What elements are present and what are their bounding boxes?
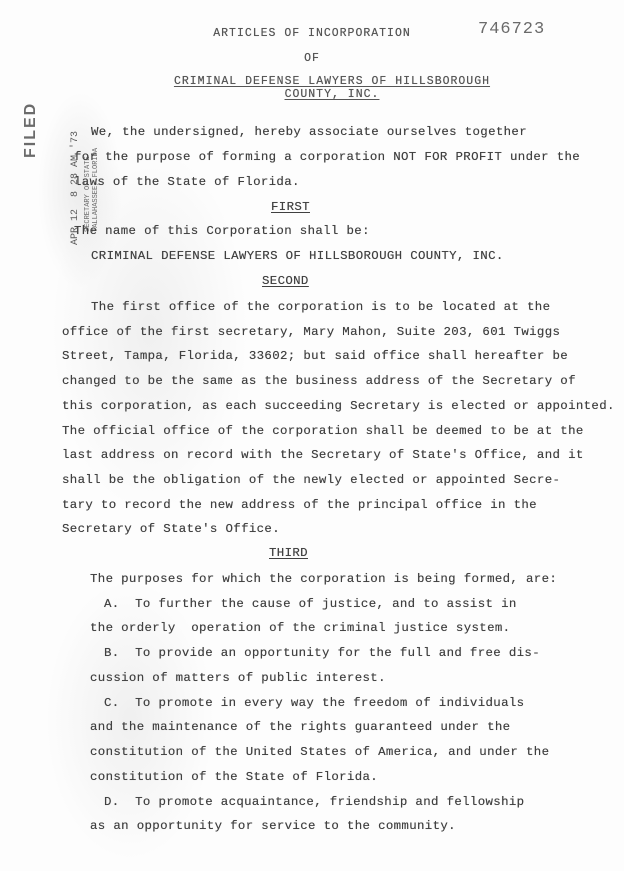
section-second-line-10: Secretary of State's Office. [62,522,280,536]
purpose-c-line-1: C. To promote in every way the freedom o… [104,696,524,710]
title-line-4: COUNTY, INC. [20,88,624,101]
filed-stamp: FILED [22,98,42,158]
section-second-line-6: The official office of the corporation s… [62,424,584,438]
purpose-d-line-1: D. To promote acquaintance, friendship a… [104,795,524,809]
section-second-line-4: changed to be the same as the business a… [62,374,576,388]
purpose-c-line-3: constitution of the United States of Ame… [90,745,549,759]
preamble-line-2: for the purpose of forming a corporation… [74,150,580,164]
purpose-c-line-2: and the maintenance of the rights guaran… [90,720,510,734]
section-second-line-5: this corporation, as each succeeding Sec… [62,399,615,413]
title-line-1: ARTICLES OF INCORPORATION [0,27,624,40]
section-second-line-7: last address on record with the Secretar… [62,448,584,462]
section-first-line-2: CRIMINAL DEFENSE LAWYERS OF HILLSBOROUGH… [91,249,504,263]
purpose-d-line-2: as an opportunity for service to the com… [90,819,456,833]
document-page: 746723 ARTICLES OF INCORPORATION OF CRIM… [0,0,624,871]
purpose-c-line-4: constitution of the State of Florida. [90,770,378,784]
section-second-line-8: shall be the obligation of the newly ele… [62,473,560,487]
section-second-line-2: office of the first secretary, Mary Maho… [62,325,560,339]
purpose-a-line-1: A. To further the cause of justice, and … [104,597,517,611]
preamble-line-1: We, the undersigned, hereby associate ou… [91,125,527,139]
section-second-line-1: The first office of the corporation is t… [91,300,550,314]
title-line-3: CRIMINAL DEFENSE LAWYERS OF HILLSBOROUGH [20,75,624,88]
section-first-line-1: The name of this Corporation shall be: [74,224,370,238]
section-third-heading: THIRD [269,546,308,560]
purpose-b-line-1: B. To provide an opportunity for the ful… [104,646,540,660]
section-second-line-3: Street, Tampa, Florida, 33602; but said … [62,349,568,363]
preamble-line-3: laws of the State of Florida. [74,175,300,189]
section-third-intro: The purposes for which the corporation i… [90,572,557,586]
title-line-2: OF [0,52,624,65]
section-first-heading: FIRST [271,200,310,214]
purpose-b-line-2: cussion of matters of public interest. [90,671,386,685]
section-second-heading: SECOND [262,274,309,288]
purpose-a-line-2: the orderly operation of the criminal ju… [90,621,510,635]
section-second-line-9: tary to record the new address of the pr… [62,498,537,512]
stamp-office-line-1: SECRETARY OF STATE [84,156,92,232]
